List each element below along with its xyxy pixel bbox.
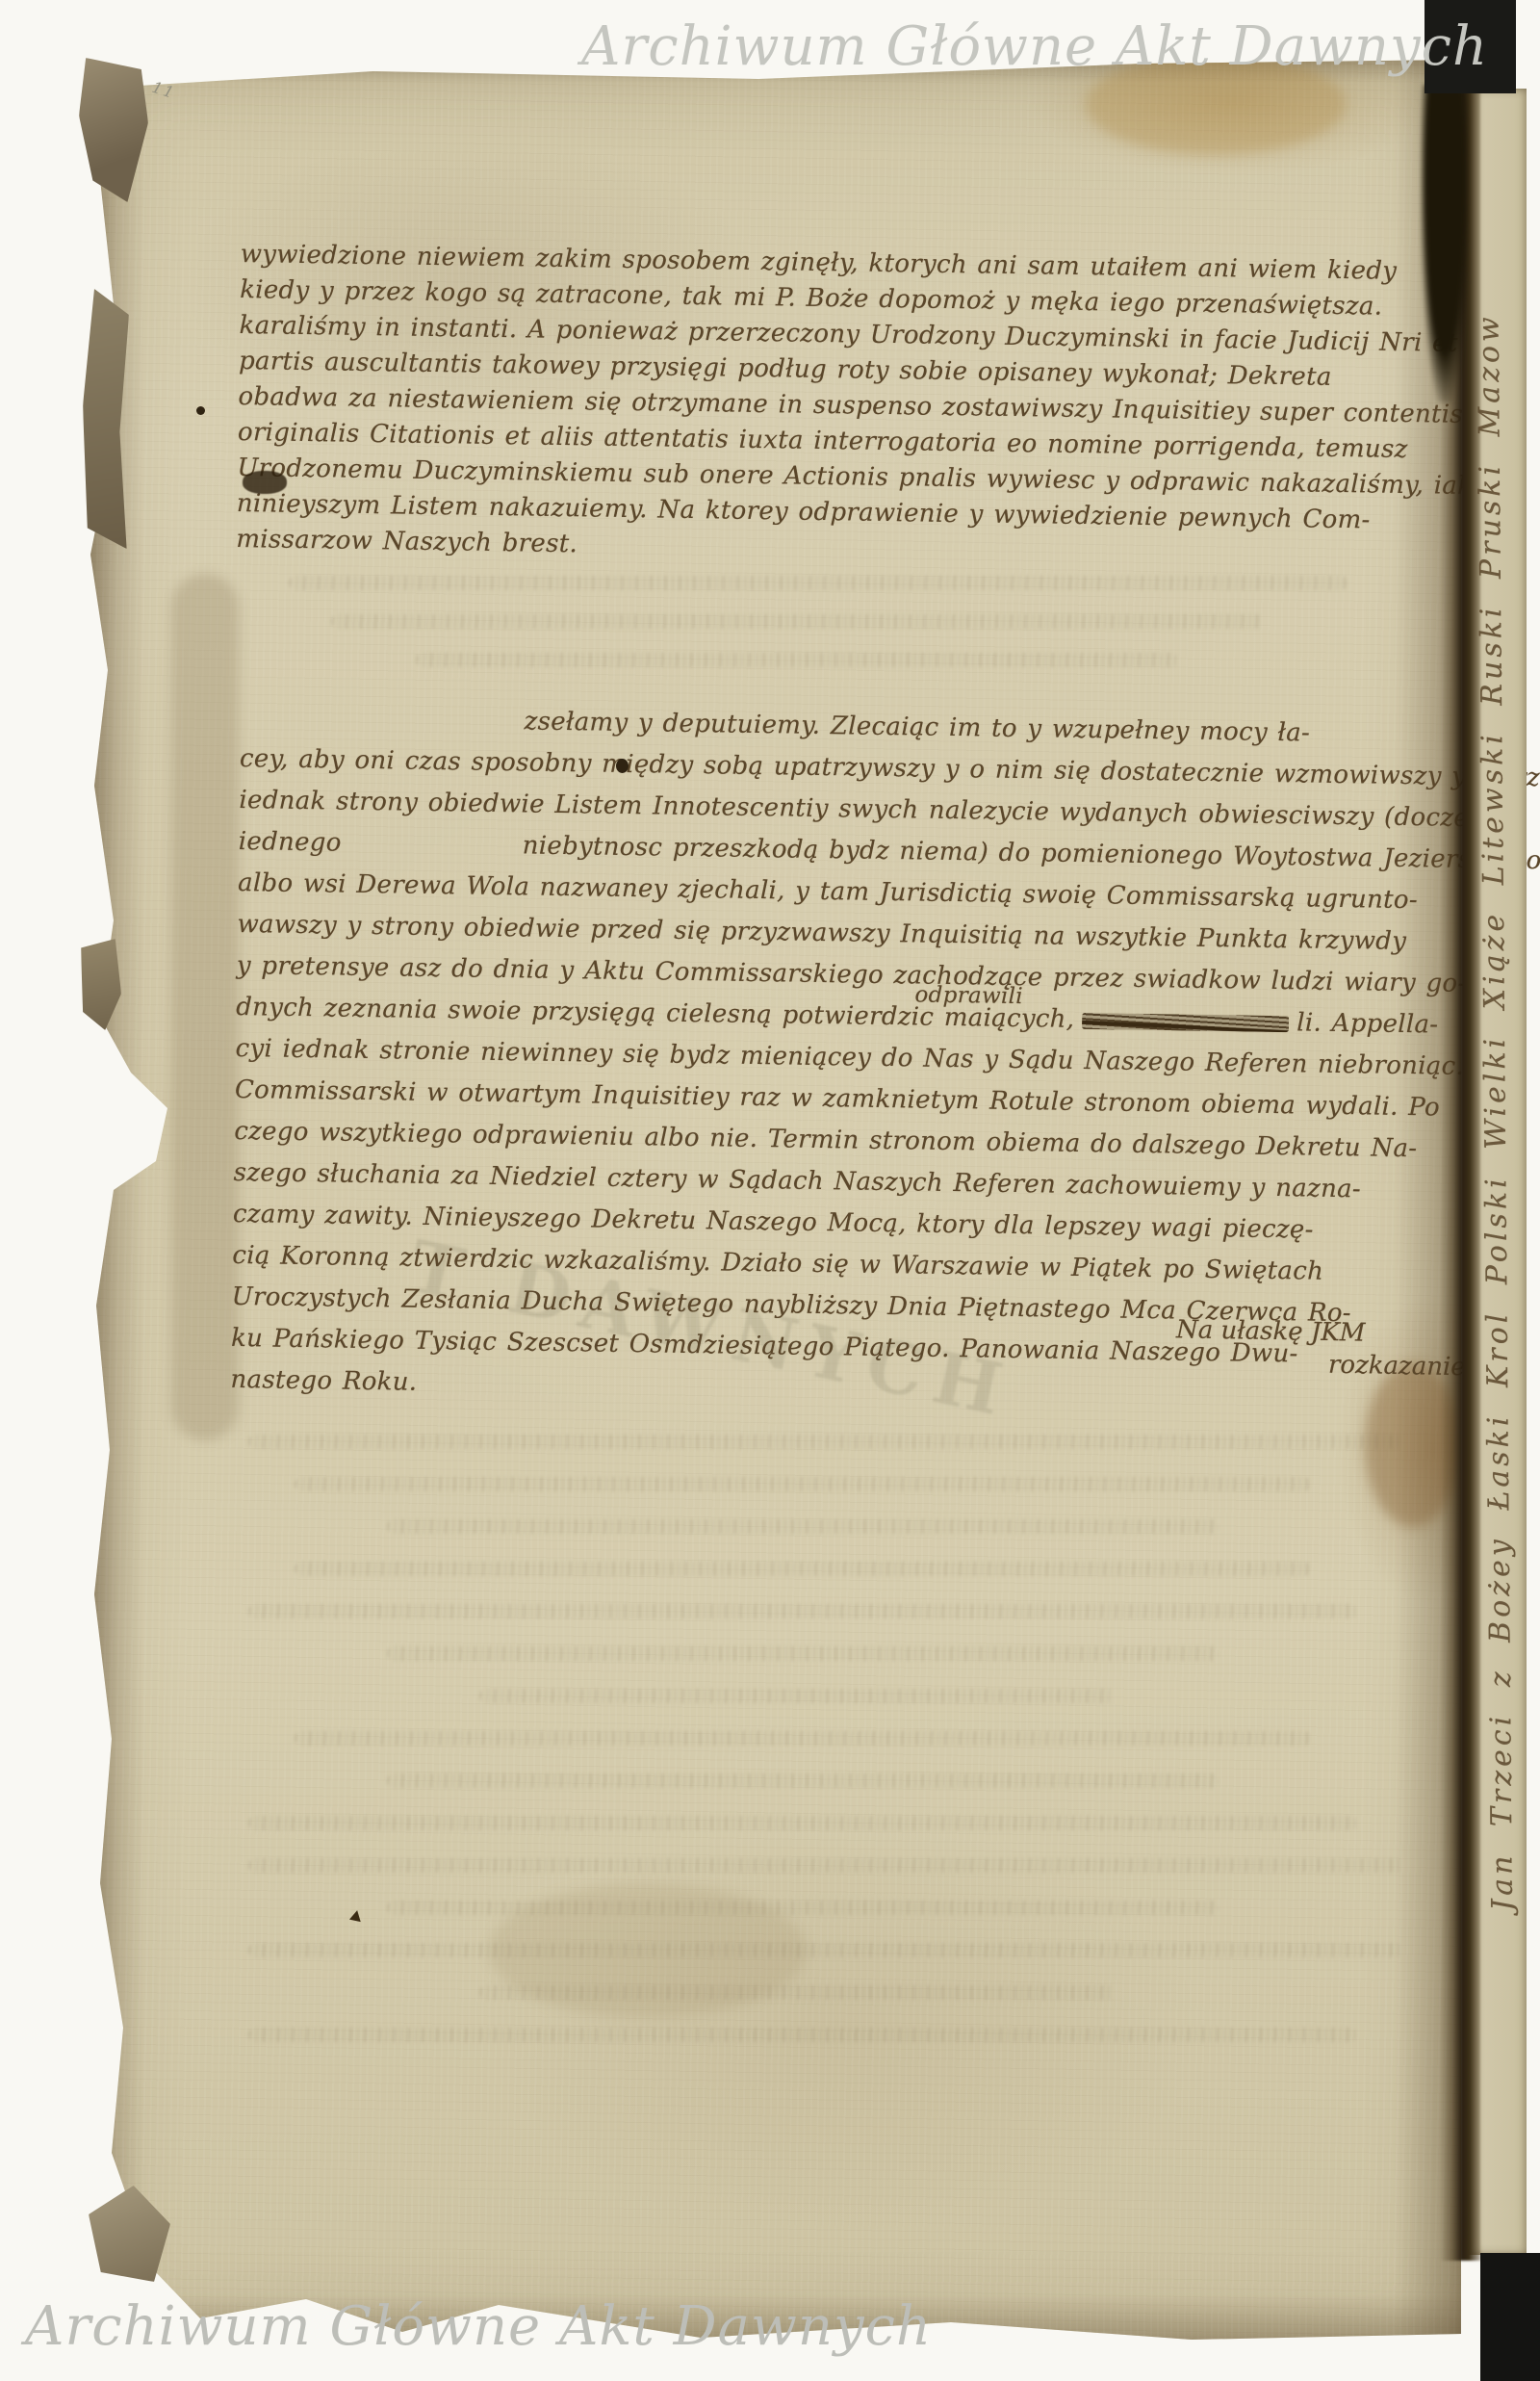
bleed-through-line xyxy=(331,614,1263,629)
manuscript-line-fragment: iednego xyxy=(239,827,342,858)
closing-formula-line-1: Na ułaskę JKM xyxy=(1176,1315,1366,1347)
archive-watermark-bottom: Archiwum Główne Akt Dawnych xyxy=(25,2295,932,2358)
bleed-through-line xyxy=(387,1646,1219,1661)
bleed-through-line xyxy=(289,576,1347,590)
bleed-through-line xyxy=(295,1731,1311,1746)
binding-gutter-dark-stain xyxy=(1421,85,1469,402)
bleed-through-line xyxy=(387,1519,1219,1534)
bleed-through-line xyxy=(248,1816,1357,1830)
paper-stain xyxy=(171,574,239,1440)
bleed-through-line xyxy=(295,1477,1311,1491)
bleed-through-line xyxy=(248,1435,1403,1449)
ink-mark xyxy=(349,1909,363,1922)
bleed-through-band xyxy=(289,576,1347,691)
bleed-through-line xyxy=(295,1562,1311,1576)
ink-blot xyxy=(196,406,205,415)
bleed-through-line xyxy=(387,1901,1219,1915)
bleed-through-line xyxy=(479,1985,1115,2000)
archive-scan: T DAWNYCH 11 wywiedzione niewiem zakim s… xyxy=(0,0,1540,2381)
bleed-through-line xyxy=(387,1773,1219,1788)
bleed-through-line xyxy=(416,653,1178,667)
binding-black-bottom xyxy=(1480,2253,1540,2381)
handwritten-paragraph-1: wywiedzione niewiem zakim sposobem zginę… xyxy=(236,237,1419,575)
bleed-through-line xyxy=(248,2028,1357,2042)
strikethrough-scribble xyxy=(1082,1013,1289,1032)
manuscript-line-fragment: li. Appella- xyxy=(1296,1008,1439,1039)
bleed-through-line xyxy=(248,1858,1403,1873)
archive-watermark-top: Archiwum Główne Akt Dawnych xyxy=(581,15,1488,78)
handwritten-paragraph-2: zsełamy y deputuiemy. Zlecaiąc im to y w… xyxy=(230,697,1424,1418)
bleed-through-band xyxy=(248,1435,1403,2070)
inserted-word-above-line: odprawili xyxy=(914,974,1023,1018)
ink-blot xyxy=(616,759,629,773)
bleed-through-line xyxy=(248,1943,1403,1957)
ink-blot xyxy=(243,471,287,494)
bleed-through-line xyxy=(479,1689,1115,1703)
bleed-through-line xyxy=(248,1604,1357,1618)
